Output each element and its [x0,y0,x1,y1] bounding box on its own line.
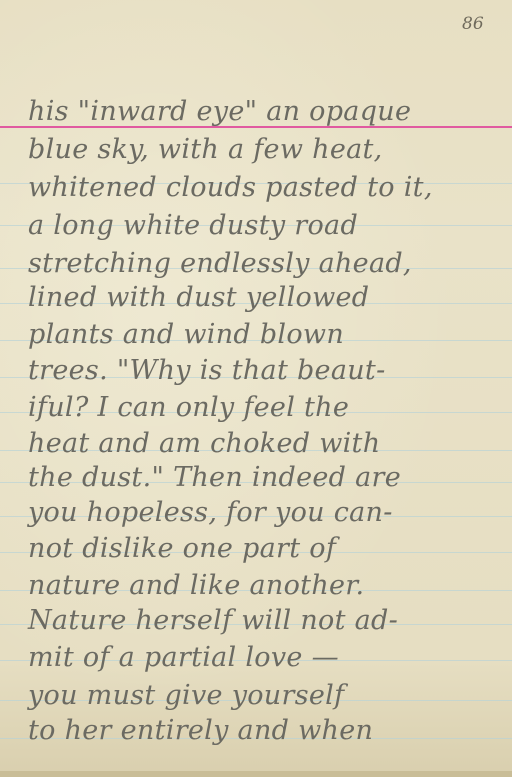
handwritten-line: mit of a partial love — [28,642,512,674]
handwritten-line: lined with dust yellowed [28,282,512,314]
handwritten-line: plants and wind blown [28,319,512,351]
handwritten-line: blue sky, with a few heat, [28,134,512,166]
handwritten-line: nature and like another. [28,570,512,602]
handwritten-line: trees. "Why is that beaut- [28,355,512,387]
page-number: 86 [462,14,484,34]
handwritten-line: to her entirely and when [28,715,512,747]
handwritten-line: you hopeless, for you can- [28,497,512,529]
handwritten-line: Nature herself will not ad- [28,605,512,637]
page-bottom-edge [0,771,512,777]
handwritten-line: whitened clouds pasted to it, [28,172,512,204]
handwritten-line: heat and am choked with [28,428,512,460]
handwritten-line: a long white dusty road [28,210,512,242]
notebook-page: 86 his "inward eye" an opaque blue sky, … [0,0,512,777]
handwritten-line: iful? I can only feel the [28,392,512,424]
handwritten-line: his "inward eye" an opaque [28,96,512,128]
handwritten-line: not dislike one part of [28,533,512,565]
handwritten-line: the dust." Then indeed are [28,462,512,494]
handwritten-line: you must give yourself [28,680,512,712]
handwritten-line: stretching endlessly ahead, [28,248,512,280]
